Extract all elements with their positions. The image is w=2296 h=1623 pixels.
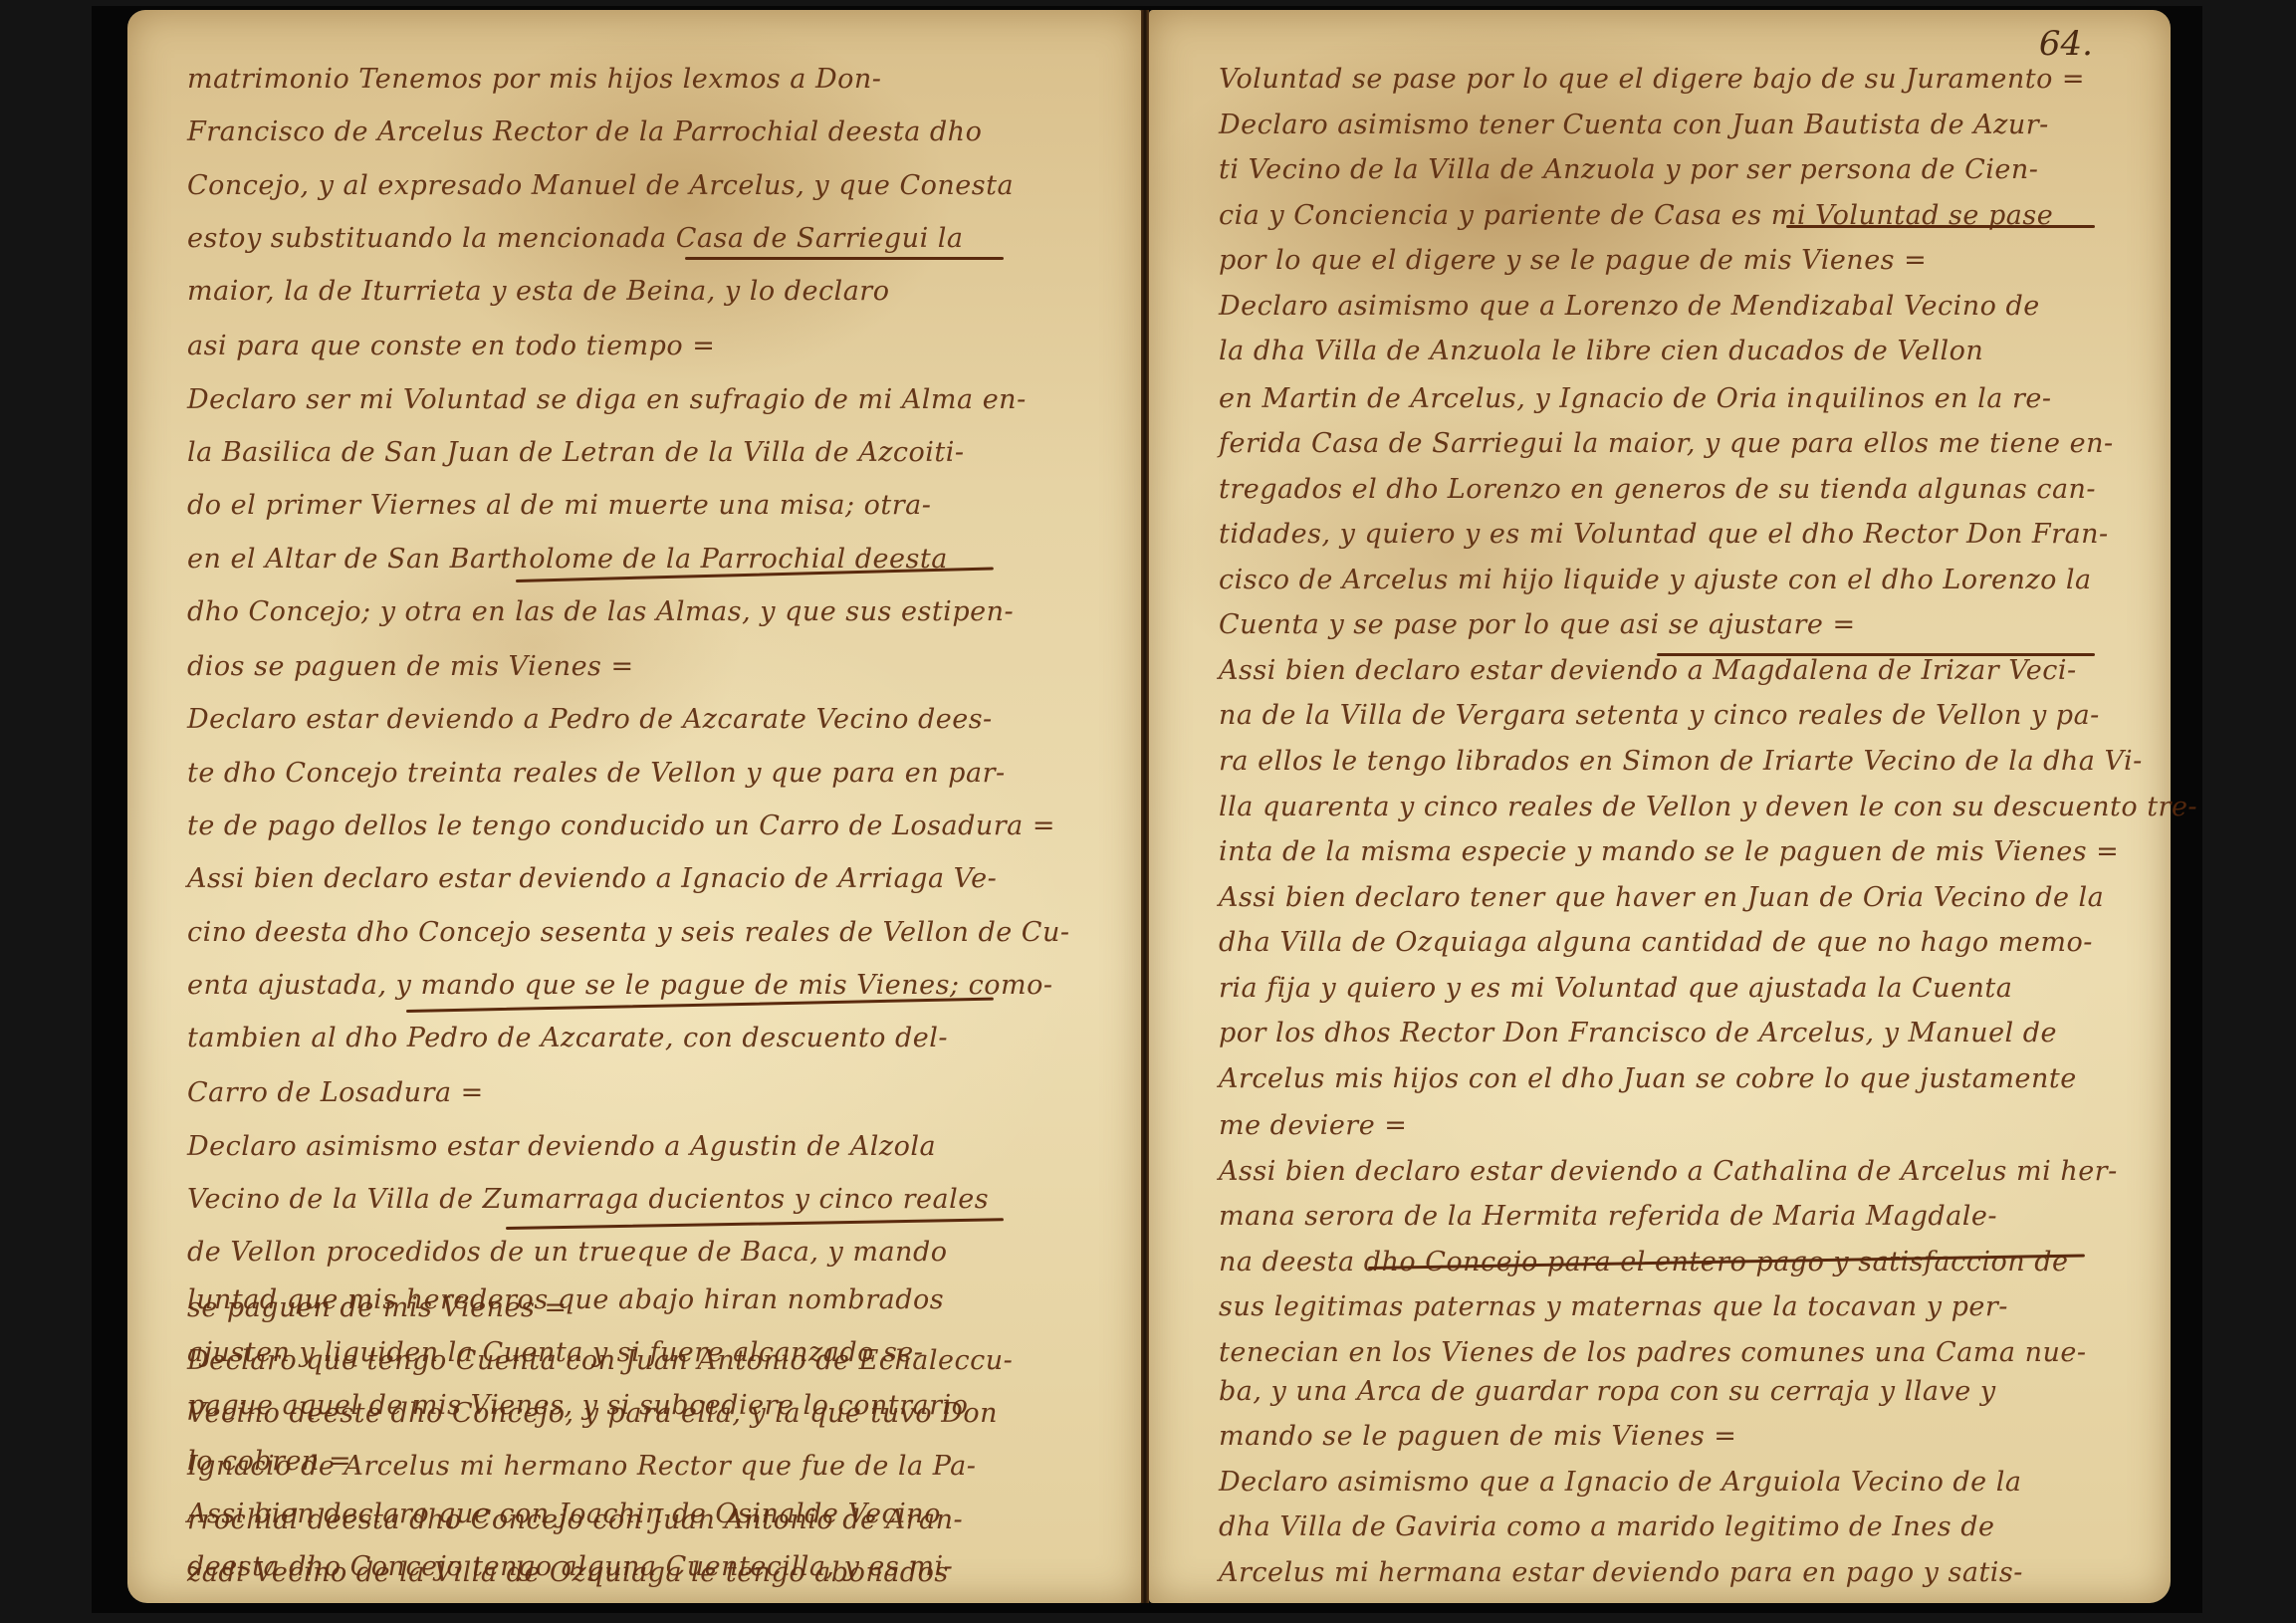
manuscript-line: tidades, y quiero y es mi Voluntad que e… [1219, 519, 2171, 550]
manuscript-line: Declaro estar deviendo a Pedro de Azcara… [187, 704, 1143, 735]
manuscript-line: luntad que mis herederos que abajo hiran… [187, 1284, 1143, 1315]
manuscript-line: Vecino de la Villa de Zumarraga duciento… [187, 1184, 1143, 1215]
manuscript-line: tregados el dho Lorenzo en generos de su… [1219, 474, 2171, 505]
manuscript-line: por los dhos Rector Don Francisco de Arc… [1219, 1018, 2171, 1048]
section-divider-rule [685, 257, 1004, 260]
left-page: matrimonio Tenemos por mis hijos lexmos … [127, 10, 1143, 1603]
manuscript-line: enta ajustada, y mando que se le pague d… [187, 970, 1143, 1001]
manuscript-line: lo cobren = [187, 1446, 1143, 1477]
section-divider-rule [1786, 225, 2095, 228]
manuscript-line: de Vellon procedidos de un trueque de Ba… [187, 1237, 1143, 1268]
right-page: 64. Voluntad se pase por lo que el diger… [1149, 10, 2171, 1603]
manuscript-line: mana serora de la Hermita referida de Ma… [1219, 1201, 2171, 1232]
manuscript-line: pague aquel de mis Vienes, y si subcedie… [187, 1390, 1143, 1421]
manuscript-line: te dho Concejo treinta reales de Vellon … [187, 758, 1143, 789]
book-gutter [1141, 10, 1149, 1603]
manuscript-line: tambien al dho Pedro de Azcarate, con de… [187, 1023, 1143, 1053]
manuscript-line: Declaro asimismo tener Cuenta con Juan B… [1219, 110, 2171, 140]
manuscript-line: Francisco de Arcelus Rector de la Parroc… [187, 116, 1143, 147]
manuscript-line: la dha Villa de Anzuola le libre cien du… [1219, 336, 2171, 366]
manuscript-line: ferida Casa de Sarriegui la maior, y que… [1219, 428, 2171, 459]
manuscript-line: ra ellos le tengo librados en Simon de I… [1219, 746, 2171, 777]
section-divider-rule [1657, 653, 2095, 656]
manuscript-line: Declaro asimismo que a Lorenzo de Mendiz… [1219, 291, 2171, 322]
manuscript-line: ba, y una Arca de guardar ropa con su ce… [1219, 1376, 2171, 1407]
section-divider-rule [506, 1218, 1004, 1230]
manuscript-line: Assi bien declaro estar deviendo a Catha… [1219, 1156, 2171, 1187]
manuscript-line: me deviere = [1219, 1110, 2171, 1141]
manuscript-line: Arcelus mis hijos con el dho Juan se cob… [1219, 1063, 2171, 1094]
manuscript-line: Assi bien declaro tener que haver en Jua… [1219, 882, 2171, 913]
manuscript-line: dha Villa de Gaviria como a marido legit… [1219, 1511, 2171, 1542]
manuscript-line: deesta dho Concejo tengo alguna Cuenteci… [187, 1551, 1143, 1582]
manuscript-line: dios se paguen de mis Vienes = [187, 651, 1143, 682]
manuscript-line: cino deesta dho Concejo sesenta y seis r… [187, 917, 1143, 948]
manuscript-line: Cuenta y se pase por lo que asi se ajust… [1219, 609, 2171, 640]
manuscript-line: Declaro asimismo que a Ignacio de Arguio… [1219, 1467, 2171, 1498]
folio-number: 64. [2039, 24, 2093, 64]
manuscript-line: estoy substituando la mencionada Casa de… [187, 223, 1143, 254]
manuscript-line: inta de la misma especie y mando se le p… [1219, 836, 2171, 867]
manuscript-line: Declaro ser mi Voluntad se diga en sufra… [187, 384, 1143, 415]
manuscript-line: asi para que conste en todo tiempo = [187, 331, 1143, 361]
manuscript-line: te de pago dellos le tengo conducido un … [187, 811, 1143, 841]
manuscript-line: Assi bien declaro estar deviendo a Ignac… [187, 863, 1143, 894]
manuscript-line: en el Altar de San Bartholome de la Parr… [187, 544, 1143, 575]
manuscript-line: Voluntad se pase por lo que el digere ba… [1219, 64, 2171, 95]
manuscript-line: dho Concejo; y otra en las de las Almas,… [187, 596, 1143, 627]
manuscript-line: matrimonio Tenemos por mis hijos lexmos … [187, 64, 1143, 95]
manuscript-line: mando se le paguen de mis Vienes = [1219, 1421, 2171, 1452]
manuscript-line: lla quarenta y cinco reales de Vellon y … [1219, 792, 2171, 822]
manuscript-line: en Martin de Arcelus, y Ignacio de Oria … [1219, 383, 2171, 414]
manuscript-line: dha Villa de Ozquiaga alguna cantidad de… [1219, 927, 2171, 958]
manuscript-line: tenecian en los Vienes de los padres com… [1219, 1337, 2171, 1368]
manuscript-line: do el primer Viernes al de mi muerte una… [187, 490, 1143, 521]
manuscript-line: cisco de Arcelus mi hijo liquide y ajust… [1219, 565, 2171, 595]
manuscript-line: Assi bien declaro estar deviendo a Magda… [1219, 655, 2171, 686]
manuscript-line: ria fija y quiero y es mi Voluntad que a… [1219, 973, 2171, 1004]
manuscript-line: ti Vecino de la Villa de Anzuola y por s… [1219, 154, 2171, 185]
manuscript-line: Declaro asimismo estar deviendo a Agusti… [187, 1131, 1143, 1162]
manuscript-line: na de la Villa de Vergara setenta y cinc… [1219, 700, 2171, 731]
manuscript-line: sus legitimas paternas y maternas que la… [1219, 1291, 2171, 1322]
manuscript-line: Assi bien declaro que con Joachin de Osi… [187, 1499, 1143, 1529]
manuscript-line: ajusten y liquiden la Cuenta y si fuere … [187, 1337, 1143, 1368]
manuscript-line: por lo que el digere y se le pague de mi… [1219, 245, 2171, 276]
manuscript-line: la Basilica de San Juan de Letran de la … [187, 437, 1143, 468]
manuscript-line: Concejo, y al expresado Manuel de Arcelu… [187, 170, 1143, 201]
manuscript-line: maior, la de Iturrieta y esta de Beina, … [187, 276, 1143, 307]
manuscript-line: Arcelus mi hermana estar deviendo para e… [1219, 1557, 2171, 1588]
manuscript-line: Carro de Losadura = [187, 1077, 1143, 1108]
